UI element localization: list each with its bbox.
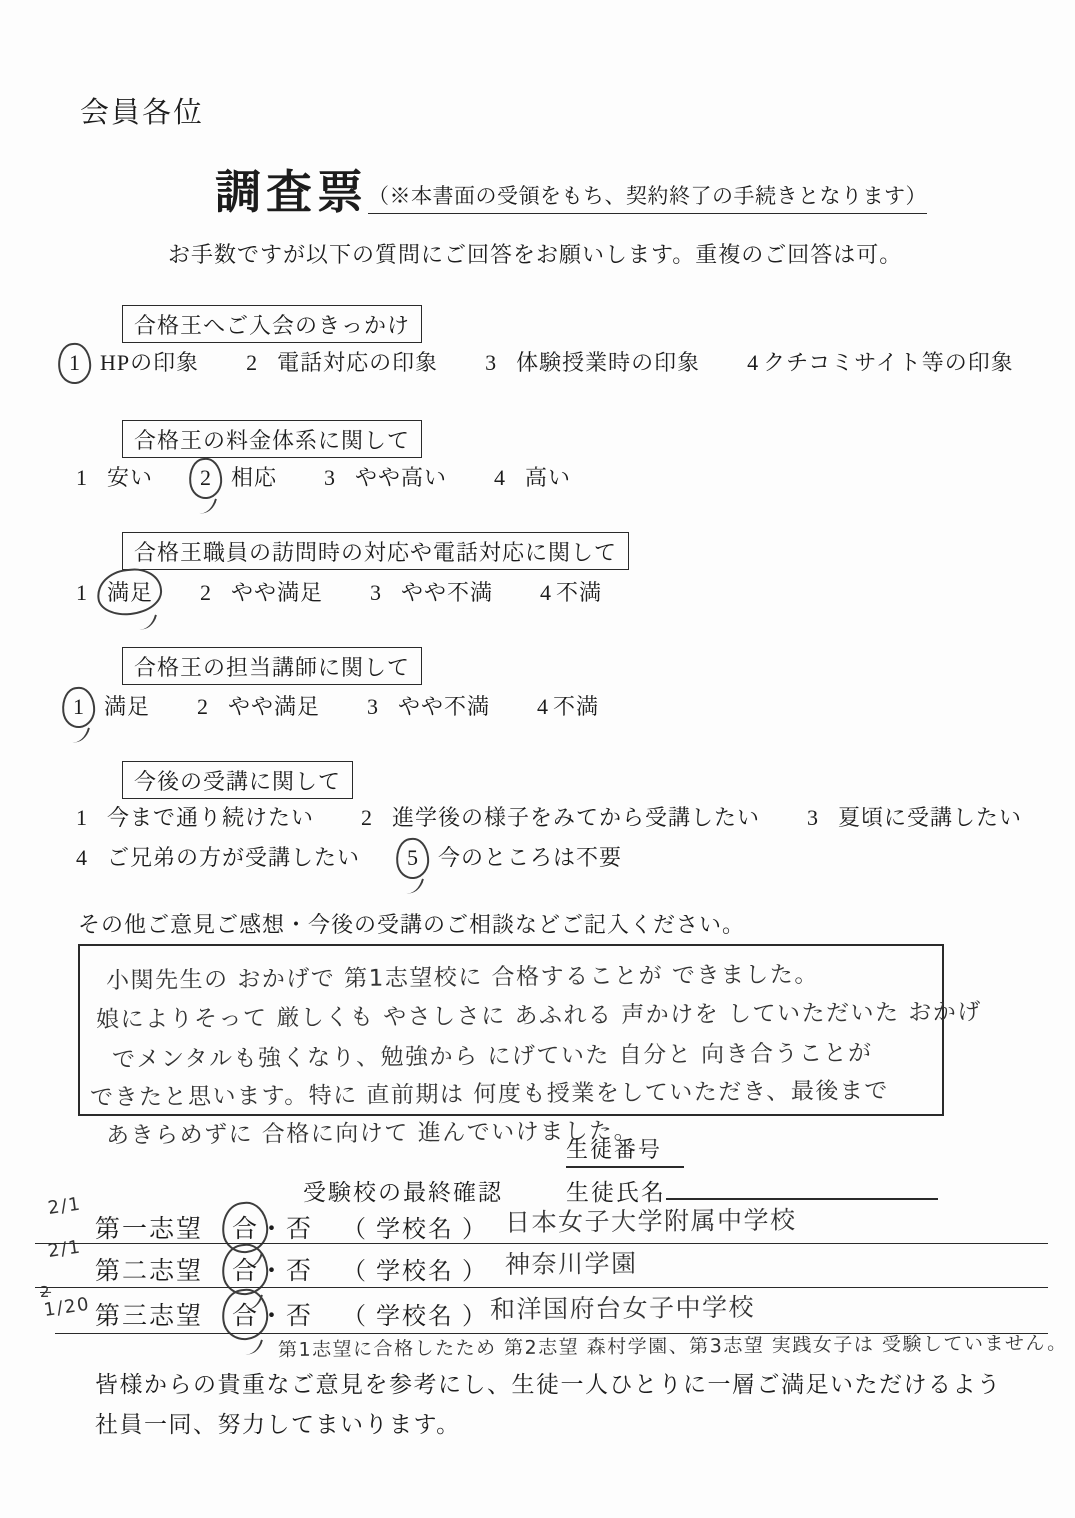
closing-line-1: 皆様からの貴重なご意見を参考にし、生徒一人ひとりに一層ご満足いただけるよう: [95, 1366, 1002, 1399]
q5-option-3: 3夏頃に受講したい: [806, 801, 1022, 832]
q1-option-3: 3体験授業時の印象: [484, 346, 700, 377]
form-title-note: （※本書面の受領をもち、契約終了の手続きとなります）: [368, 180, 927, 214]
school-name-label: （ 学校名 ）: [342, 1209, 488, 1244]
question2-options: 1安い 2相応 3やや高い 4高い: [75, 461, 571, 492]
closing-line-2: 社員一同、努力してまいります。: [95, 1406, 461, 1439]
circled-answer-mark: 5: [406, 845, 420, 871]
q1-option-2: 2電話対応の印象: [245, 346, 438, 377]
school-name-label: （ 学校名 ）: [342, 1251, 488, 1286]
q2-option-2: 2相応: [199, 461, 277, 492]
q5-option-2: 2進学後の様子をみてから受講したい: [360, 801, 760, 832]
q3-option-4: 4不満: [539, 576, 602, 607]
handwritten-comment-line: 小関先生の おかげで 第1志望校に 合格することが できました。: [106, 956, 819, 995]
handwritten-comment-line: できたと思います。特に 直前期は 何度も授業をしていただき、最後まで: [90, 1072, 889, 1112]
q3-option-1: 1満足: [75, 576, 153, 607]
circled-answer-mark: 2: [199, 465, 213, 491]
q3-option-2: 2やや満足: [199, 576, 323, 607]
question4-options: 1満足 2やや満足 3やや不満 4不満: [72, 690, 599, 721]
handwritten-note: 第1志望に合格したため 第2志望 森村学園、第3志望 実践女子は 受験していませ…: [278, 1328, 1068, 1362]
circled-answer-mark: 満足: [107, 576, 153, 607]
pass-fail-row2: 合・否: [232, 1251, 313, 1287]
row-underline: [35, 1287, 1048, 1288]
first-choice-label: 第一志望: [95, 1209, 203, 1245]
circled-pass-mark: 合: [232, 1209, 259, 1245]
question3-header: 合格王職員の訪問時の対応や電話対応に関して: [122, 532, 629, 570]
q4-option-2: 2やや満足: [196, 690, 320, 721]
handwritten-exam-date: 2/1: [47, 1193, 83, 1218]
third-choice-label: 第三志望: [95, 1296, 203, 1332]
q5-option-1: 1今まで通り続けたい: [75, 801, 314, 832]
q5-option-5: 5今のところは不要: [406, 841, 622, 872]
second-choice-label: 第二志望: [95, 1251, 203, 1287]
fail-label: 否: [286, 1216, 313, 1243]
q3-option-3: 3やや不満: [369, 576, 493, 607]
handwritten-school-name: 和洋国府台女子中学校: [490, 1288, 755, 1326]
exam-confirmation-heading: 受験校の最終確認: [303, 1174, 503, 1207]
q4-option-1: 1満足: [72, 690, 150, 721]
question5-options-row1: 1今まで通り続けたい 2進学後の様子をみてから受講したい 3夏頃に受講したい: [75, 801, 1022, 832]
survey-form-page: 会員各位 調査票 （※本書面の受領をもち、契約終了の手続きとなります） お手数で…: [0, 0, 1075, 1518]
pass-fail-row1: 合・否: [232, 1209, 313, 1245]
comments-label: その他ご意見ご感想・今後の受講のご相談などご記入ください。: [78, 908, 745, 939]
question4-header: 合格王の担当講師に関して: [122, 647, 422, 685]
question3-options: 1満足 2やや満足 3やや不満 4不満: [75, 576, 602, 607]
q4-option-3: 3やや不満: [366, 690, 490, 721]
question5-header: 今後の受講に関して: [122, 761, 353, 799]
fail-label: 否: [286, 1303, 313, 1330]
circled-answer-mark: 1: [68, 350, 82, 376]
circled-answer-mark: 1: [72, 694, 86, 720]
pass-fail-row3: 合・否: [232, 1296, 313, 1332]
handwritten-school-name: 日本女子大学附属中学校: [505, 1200, 797, 1239]
question1-header: 合格王へご入会のきっかけ: [122, 305, 422, 343]
question5-options-row2: 4ご兄弟の方が受講したい 5今のところは不要: [75, 841, 622, 872]
salutation: 会員各位: [80, 90, 204, 131]
q2-option-3: 3やや高い: [323, 461, 447, 492]
student-name-blank: [666, 1198, 938, 1200]
handwritten-comment-line: あきらめずに 合格に向けて 進んでいけました。: [106, 1112, 638, 1150]
question2-header: 合格王の料金体系に関して: [122, 420, 422, 458]
handwritten-exam-date: 2/1: [47, 1236, 83, 1261]
school-name-label: （ 学校名 ）: [342, 1296, 488, 1331]
q2-option-4: 4高い: [493, 461, 571, 492]
question1-options: 1HPの印象 2電話対応の印象 3体験授業時の印象 4クチコミサイト等の印象: [68, 346, 1014, 377]
q2-option-1: 1安い: [75, 461, 153, 492]
form-title: 調査票: [215, 156, 368, 222]
handwritten-comment-line: でメンタルも強くなり、勉強から にげていた 自分と 向き合うことが: [112, 1034, 873, 1074]
q1-option-1: 1HPの印象: [68, 346, 199, 377]
circled-pass-mark: 合: [232, 1296, 259, 1332]
fail-label: 否: [286, 1258, 313, 1285]
q4-option-4: 4不満: [536, 690, 599, 721]
q1-option-4: 4クチコミサイト等の印象: [746, 346, 1014, 377]
intro-text: お手数ですが以下の質問にご回答をお願いします。重複のご回答は可。: [168, 238, 902, 269]
q5-option-4: 4ご兄弟の方が受講したい: [75, 841, 360, 872]
circled-pass-mark: 合: [232, 1251, 259, 1287]
student-number-label: 生徒番号: [566, 1133, 684, 1168]
handwritten-school-name: 神奈川学園: [505, 1244, 638, 1281]
